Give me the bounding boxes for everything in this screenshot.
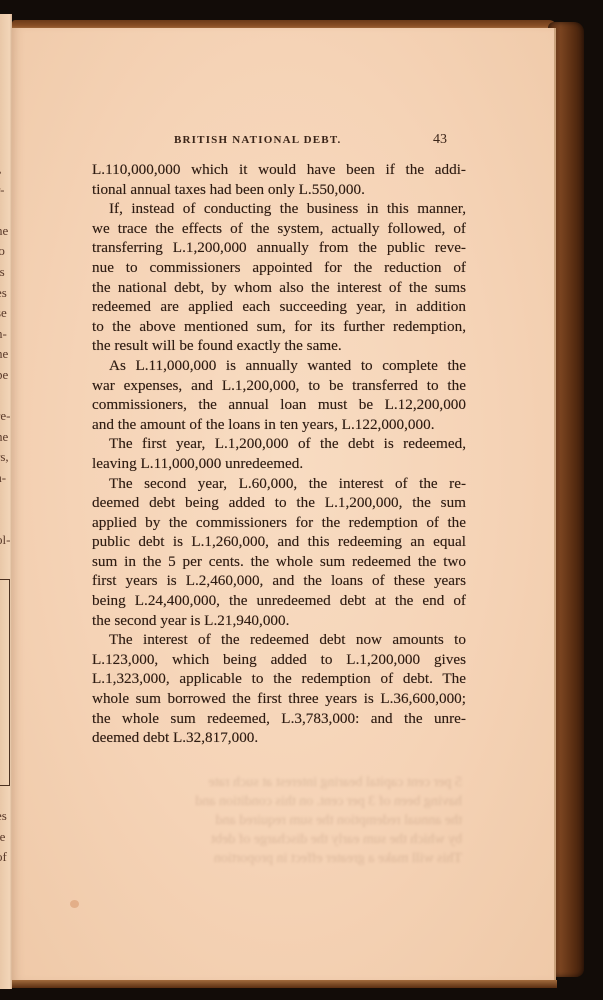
paragraph: The second year, L.60,000, the interest …	[92, 474, 466, 631]
text-line: whole sum borrowed the first three years…	[92, 689, 466, 709]
text-line: to the above mentioned sum, for its furt…	[92, 317, 466, 337]
bottom-page-edge	[12, 980, 557, 988]
previous-page-table-border	[0, 579, 10, 786]
text-line: deemed debt being added to the L.1,200,0…	[92, 493, 466, 513]
text-line: the whole sum redeemed, L.3,783,000: and…	[92, 709, 466, 729]
text-line: L.1,323,000, applicable to the redemptio…	[92, 669, 466, 689]
text-line: The interest of the redeemed debt now am…	[92, 630, 466, 650]
paragraph: If, instead of conducting the business i…	[92, 199, 466, 356]
paragraph: As L.11,000,000 is annually wanted to co…	[92, 356, 466, 434]
text-line: The second year, L.60,000, the interest …	[92, 474, 466, 494]
text-line: commissioners, the annual loan must be L…	[92, 395, 466, 415]
text-line: The first year, L.1,200,000 of the debt …	[92, 434, 466, 454]
text-line: tional annual taxes had been only L.550,…	[92, 180, 466, 200]
text-line: and the amount of the loans in ten years…	[92, 415, 466, 435]
previous-page-sliver: ', r- ne 'o is es se n- he be re- he rs,…	[0, 14, 12, 989]
running-head-title: BRITISH NATIONAL DEBT.	[174, 134, 342, 146]
page-number: 43	[433, 132, 447, 148]
text-line: the result will be found exactly the sam…	[92, 336, 466, 356]
text-line: L.110,000,000 which it would have been i…	[92, 160, 466, 180]
text-line: the national debt, by whom also the inte…	[92, 278, 466, 298]
text-line: redeemed are applied each succeeding yea…	[92, 297, 466, 317]
text-line: the second year is L.21,940,000.	[92, 611, 466, 631]
text-line: L.123,000, which being added to L.1,200,…	[92, 650, 466, 670]
text-line: war expenses, and L.1,200,000, to be tra…	[92, 376, 466, 396]
book-page: BRITISH NATIONAL DEBT. 43 L.110,000,000 …	[12, 28, 556, 980]
previous-page-lower-text: es ie of	[0, 806, 7, 868]
paragraph: L.110,000,000 which it would have been i…	[92, 160, 466, 199]
paragraph: The interest of the redeemed debt now am…	[92, 630, 466, 748]
text-line: sum in the 5 per cents. the whole sum re…	[92, 552, 466, 572]
body-text: L.110,000,000 which it would have been i…	[92, 160, 466, 748]
text-line: transferring L.1,200,000 annually from t…	[92, 238, 466, 258]
previous-page-text: ', r- ne 'o is es se n- he be re- he rs,…	[0, 159, 10, 550]
text-line: applied by the commissioners for the red…	[92, 513, 466, 533]
paragraph: The first year, L.1,200,000 of the debt …	[92, 434, 466, 473]
paper-stain	[70, 900, 79, 908]
text-line: being L.24,400,000, the unredeemed debt …	[92, 591, 466, 611]
book-scan: ', r- ne 'o is es se n- he be re- he rs,…	[0, 0, 603, 1000]
text-line: public debt is L.1,260,000, and this red…	[92, 532, 466, 552]
running-head: BRITISH NATIONAL DEBT. 43	[12, 134, 554, 150]
text-line: first years is L.2,460,000, and the loan…	[92, 571, 466, 591]
text-line: nue to commissioners appointed for the r…	[92, 258, 466, 278]
text-line: If, instead of conducting the business i…	[92, 199, 466, 219]
text-line: As L.11,000,000 is annually wanted to co…	[92, 356, 466, 376]
text-line: leaving L.11,000,000 unredeemed.	[92, 454, 466, 474]
text-line: deemed debt L.32,817,000.	[92, 728, 466, 748]
reverse-side-bleed-through: 5 per cent capital bearing interest at s…	[112, 773, 462, 868]
text-line: we trace the effects of the system, actu…	[92, 219, 466, 239]
